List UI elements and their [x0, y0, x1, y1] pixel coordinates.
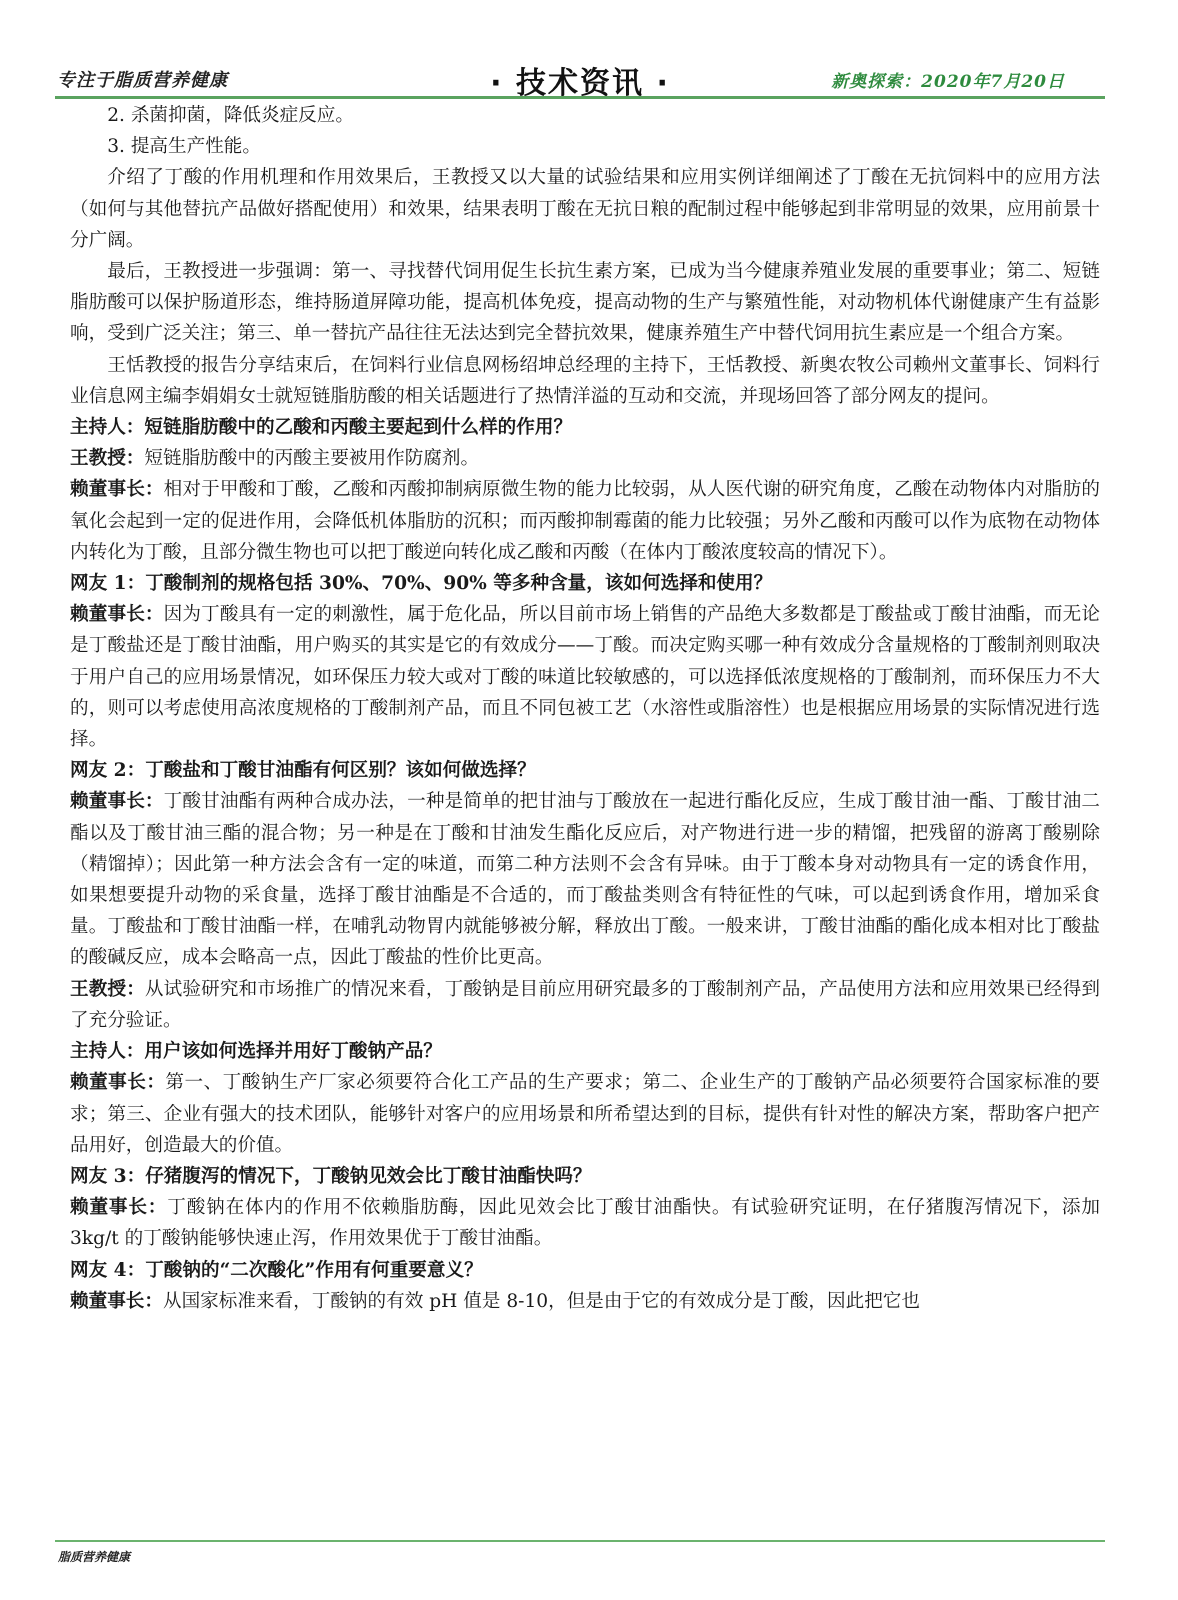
answer-text: 短链脂肪酸中的丙酸主要被用作防腐剂。 [144, 448, 479, 469]
speaker-label: 赖董事长： [70, 479, 164, 500]
paragraph: 王恬教授的报告分享结束后，在饲料行业信息网杨绍坤总经理的主持下，王恬教授、新奥农… [70, 350, 1100, 412]
article-body: 2. 杀菌抑菌，降低炎症反应。 3. 提高生产性能。 介绍了丁酸的作用机理和作用… [70, 100, 1100, 1317]
answer: 赖董事长：第一、丁酸钠生产厂家必须要符合化工产品的生产要求；第二、企业生产的丁酸… [70, 1067, 1100, 1161]
question: 主持人：短链脂肪酸中的乙酸和丙酸主要起到什么样的作用？ [70, 412, 1100, 443]
answer: 王教授：短链脂肪酸中的丙酸主要被用作防腐剂。 [70, 443, 1100, 474]
question: 网友 1：丁酸制剂的规格包括 30%、70%、90% 等多种含量，该如何选择和使… [70, 568, 1100, 599]
answer-text: 丁酸甘油酯有两种合成办法，一种是简单的把甘油与丁酸放在一起进行酯化反应，生成丁酸… [70, 791, 1100, 968]
footer-text: 脂质营养健康 [58, 1548, 130, 1565]
speaker-label: 赖董事长： [70, 791, 164, 812]
answer-text: 因为丁酸具有一定的刺激性，属于危化品，所以目前市场上销售的产品绝大多数都是丁酸盐… [70, 604, 1100, 750]
answer-text: 丁酸钠在体内的作用不依赖脂肪酶，因此见效会比丁酸甘油酯快。有试验研究证明，在仔猪… [70, 1197, 1100, 1249]
question: 网友 4：丁酸钠的“二次酸化”作用有何重要意义？ [70, 1255, 1100, 1286]
answer-text: 第一、丁酸钠生产厂家必须要符合化工产品的生产要求；第二、企业生产的丁酸钠产品必须… [70, 1072, 1100, 1155]
answer-text: 相对于甲酸和丁酸，乙酸和丙酸抑制病原微生物的能力比较弱，从人医代谢的研究角度，乙… [70, 479, 1100, 562]
answer: 赖董事长：因为丁酸具有一定的刺激性，属于危化品，所以目前市场上销售的产品绝大多数… [70, 599, 1100, 755]
list-item: 3. 提高生产性能。 [70, 131, 1100, 162]
answer: 赖董事长：从国家标准来看，丁酸钠的有效 pH 值是 8-10，但是由于它的有效成… [70, 1286, 1100, 1317]
page-header: 专注于脂质营养健康 · 技术资讯 · 新奥探索：2020年7月20日 [55, 58, 1105, 96]
speaker-label: 王教授： [70, 448, 144, 469]
question: 网友 2：丁酸盐和丁酸甘油酯有何区别？该如何做选择？ [70, 755, 1100, 786]
question: 主持人：用户该如何选择并用好丁酸钠产品？ [70, 1036, 1100, 1067]
speaker-label: 赖董事长： [70, 1197, 167, 1218]
speaker-label: 赖董事长： [70, 1072, 165, 1093]
answer: 赖董事长：丁酸甘油酯有两种合成办法，一种是简单的把甘油与丁酸放在一起进行酯化反应… [70, 786, 1100, 973]
answer: 赖董事长：相对于甲酸和丁酸，乙酸和丙酸抑制病原微生物的能力比较弱，从人医代谢的研… [70, 474, 1100, 568]
answer: 王教授：从试验研究和市场推广的情况来看，丁酸钠是目前应用研究最多的丁酸制剂产品，… [70, 974, 1100, 1036]
paragraph: 介绍了丁酸的作用机理和作用效果后，王教授又以大量的试验结果和应用实例详细阐述了丁… [70, 162, 1100, 256]
speaker-label: 赖董事长： [70, 604, 164, 625]
answer-text: 从国家标准来看，丁酸钠的有效 pH 值是 8-10，但是由于它的有效成分是丁酸，… [163, 1291, 920, 1312]
dateline: 新奥探索：2020年7月20日 [831, 67, 1065, 92]
answer: 赖董事长：丁酸钠在体内的作用不依赖脂肪酶，因此见效会比丁酸甘油酯快。有试验研究证… [70, 1192, 1100, 1254]
speaker-label: 赖董事长： [70, 1291, 163, 1312]
footer-divider [55, 1540, 1105, 1542]
answer-text: 从试验研究和市场推广的情况来看，丁酸钠是目前应用研究最多的丁酸制剂产品，产品使用… [70, 979, 1100, 1031]
speaker-label: 王教授： [70, 979, 145, 1000]
paragraph: 最后，王教授进一步强调：第一、寻找替代饲用促生长抗生素方案，已成为当今健康养殖业… [70, 256, 1100, 350]
question: 网友 3：仔猪腹泻的情况下，丁酸钠见效会比丁酸甘油酯快吗？ [70, 1161, 1100, 1192]
header-divider [55, 96, 1105, 99]
list-item: 2. 杀菌抑菌，降低炎症反应。 [70, 100, 1100, 131]
